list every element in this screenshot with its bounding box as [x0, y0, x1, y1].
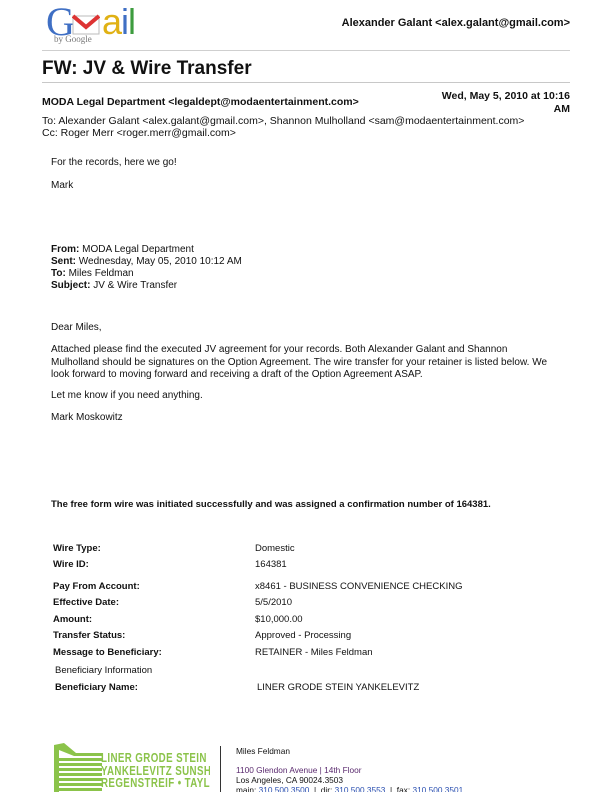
wire-row: Transfer Status:Approved - Processing — [53, 630, 553, 646]
wire-row: Wire Type:Domestic — [53, 543, 553, 559]
account-label: Alexander Galant <alex.galant@gmail.com> — [342, 17, 570, 29]
firm-logo: LINER GRODE STEIN YANKELEVITZ SUNSHINE R… — [54, 743, 210, 792]
contact-block: Miles Feldman 1100 Glendon Avenue | 14th… — [236, 746, 463, 792]
wire-row: Pay From Account:x8461 - BUSINESS CONVEN… — [53, 581, 553, 597]
wire-row: Effective Date:5/5/2010 — [53, 597, 553, 613]
intro-text: For the records, here we go! — [51, 157, 177, 170]
wire-section-heading: Beneficiary Information — [53, 665, 553, 681]
contact-address-line1[interactable]: 1100 Glendon Avenue | 14th Floor — [236, 765, 463, 775]
wire-row: Wire ID:164381 — [53, 559, 553, 575]
signature-name: Mark Moskowitz — [51, 412, 123, 425]
intro-signoff: Mark — [51, 180, 73, 193]
direct-phone-link[interactable]: 310.500.3553 — [335, 785, 386, 792]
email-subject: FW: JV & Wire Transfer — [42, 58, 252, 80]
contact-name: Miles Feldman — [236, 746, 463, 756]
wire-row: Beneficiary Name:LINER GRODE STEIN YANKE… — [53, 682, 553, 698]
fax-link[interactable]: 310.500.3501 — [412, 785, 463, 792]
forwarded-header: From: MODA Legal Department Sent: Wednes… — [51, 244, 242, 292]
cc-recipients: Cc: Roger Merr <roger.merr@gmail.com> — [42, 127, 524, 139]
closing-text: Let me know if you need anything. — [51, 390, 203, 403]
email-recipients: To: Alexander Galant <alex.galant@gmail.… — [42, 115, 524, 139]
signature-divider — [220, 746, 221, 792]
email-date-line1: Wed, May 5, 2010 at 10:16 — [420, 90, 570, 103]
email-date: Wed, May 5, 2010 at 10:16 AM — [420, 90, 570, 116]
divider — [42, 82, 570, 83]
wire-row: Amount:$10,000.00 — [53, 614, 553, 630]
fwd-from: From: MODA Legal Department — [51, 244, 242, 256]
main-phone-link[interactable]: 310.500.3500 — [259, 785, 310, 792]
fwd-subject: Subject: JV & Wire Transfer — [51, 280, 242, 292]
gmail-logo-ail: ail — [102, 2, 135, 42]
contact-address-line2: Los Angeles, CA 90024.3503 — [236, 775, 463, 785]
envelope-icon — [72, 14, 100, 36]
to-recipients: To: Alexander Galant <alex.galant@gmail.… — [42, 115, 524, 127]
fwd-to: To: Miles Feldman — [51, 268, 242, 280]
greeting: Dear Miles, — [51, 322, 102, 335]
by-google-text: by Google — [54, 34, 92, 44]
gmail-logo[interactable]: G ail by Google — [46, 2, 146, 46]
firm-logo-text: LINER GRODE STEIN YANKELEVITZ SUNSHINE R… — [101, 752, 210, 790]
fwd-sent: Sent: Wednesday, May 05, 2010 10:12 AM — [51, 256, 242, 268]
email-sender: MODA Legal Department <legaldept@modaent… — [42, 96, 359, 108]
body-paragraph: Attached please find the executed JV agr… — [51, 344, 551, 382]
divider — [42, 50, 570, 51]
wire-confirmation: The free form wire was initiated success… — [51, 499, 491, 510]
contact-phones: main: 310.500.3500 | dir: 310.500.3553 |… — [236, 785, 463, 792]
wire-row: Message to Beneficiary:RETAINER - Miles … — [53, 647, 553, 663]
building-stack-icon — [54, 743, 102, 792]
